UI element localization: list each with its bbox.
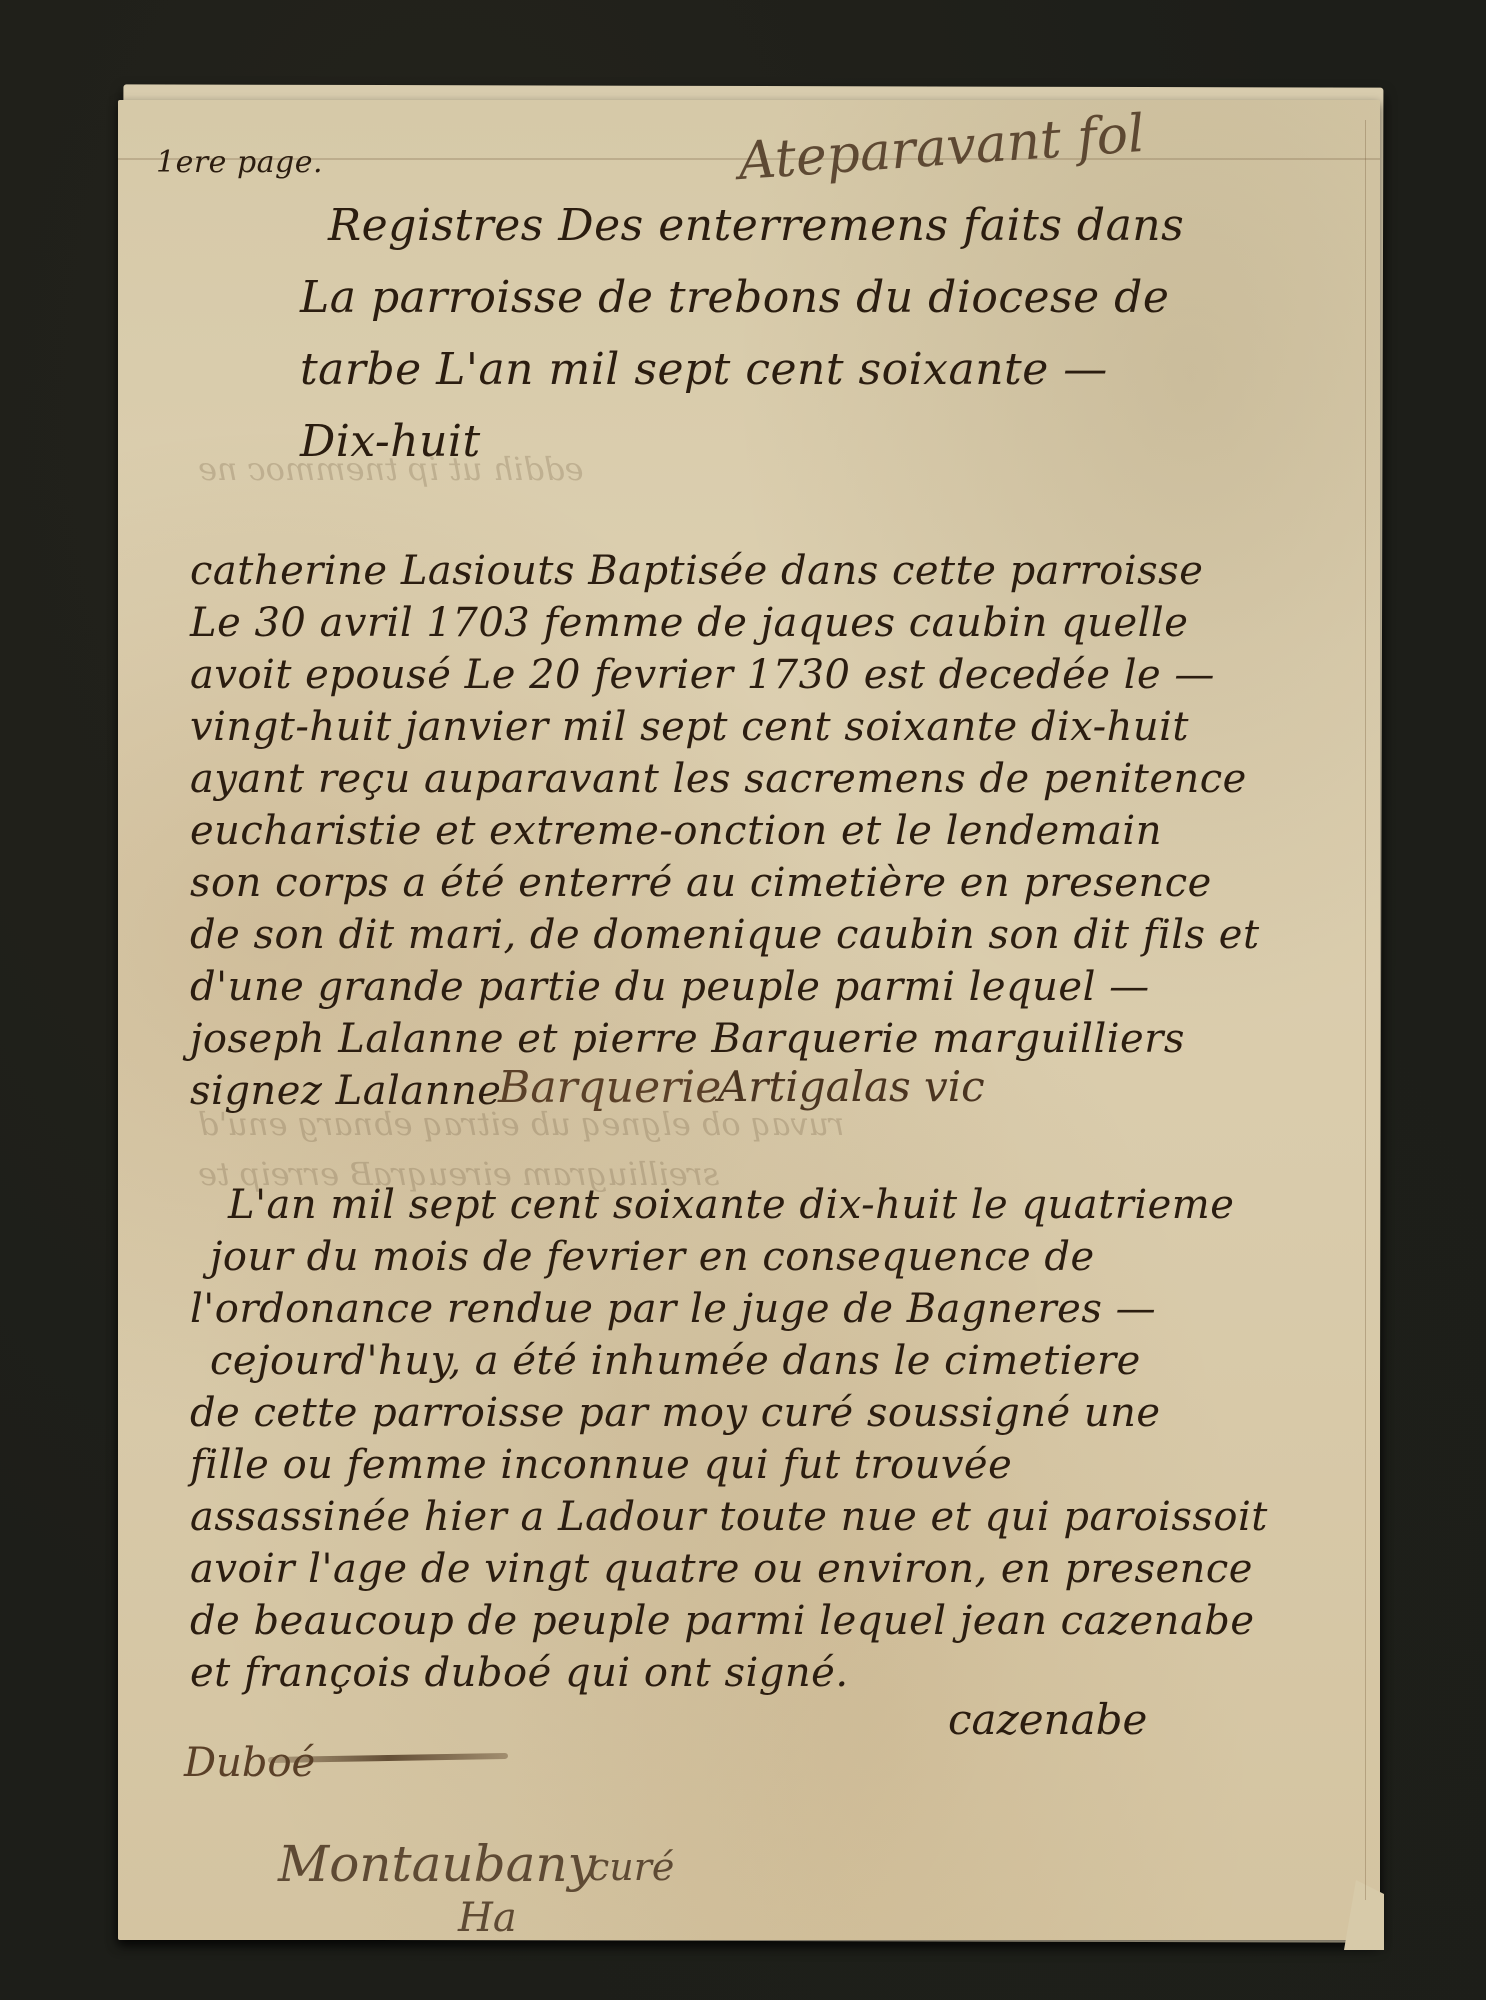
- entry-1-line: catherine Lasiouts Baptisée dans cette p…: [190, 548, 1203, 594]
- entry-2-line: avoir l'age de vingt quatre ou environ, …: [190, 1546, 1253, 1592]
- paraph: Ha: [458, 1895, 517, 1941]
- entry-1-line: joseph Lalanne et pierre Barquerie margu…: [190, 1016, 1185, 1062]
- entry-2-line: de cette parroisse par moy curé soussign…: [190, 1390, 1161, 1436]
- heading-line-3: tarbe L'an mil sept cent soixante —: [300, 344, 1108, 395]
- entry-1-line: signez Lalanne: [190, 1068, 501, 1114]
- heading-line-2: La parroisse de trebons du diocese de: [300, 272, 1169, 323]
- marginal-annotation: Ateparavant fol: [736, 104, 1146, 192]
- entry-1-line: d'une grande partie du peuple parmi lequ…: [190, 964, 1150, 1010]
- entry-2-line: assassinée hier a Ladour toute nue et qu…: [190, 1494, 1268, 1540]
- entry-2-line: fille ou femme inconnue qui fut trouvée: [190, 1442, 1012, 1488]
- entry-1-line: de son dit mari, de domenique caubin son…: [190, 912, 1260, 958]
- entry-2-line: L'an mil sept cent soixante dix-huit le …: [228, 1182, 1234, 1228]
- entry-2-line: et françois duboé qui ont signé.: [190, 1650, 849, 1696]
- entry-1-line: eucharistie et extreme-onction et le len…: [190, 808, 1162, 854]
- signature-montaubany: Montaubany: [278, 1835, 596, 1893]
- signature-artigalas: Artigalas vic: [718, 1062, 985, 1111]
- entry-1-line: avoit epousé Le 20 fevrier 1730 est dece…: [190, 652, 1215, 698]
- signature-cazenabe: cazenabe: [948, 1695, 1147, 1744]
- entry-2-line: de beaucoup de peuple parmi lequel jean …: [190, 1598, 1255, 1644]
- heading-line-1: Registres Des enterremens faits dans: [328, 200, 1184, 251]
- entry-1-line: ayant reçu auparavant les sacremens de p…: [190, 756, 1247, 802]
- entry-2-line: cejourd'huy, a été inhumée dans le cimet…: [210, 1338, 1141, 1384]
- entry-1-line: vingt-huit janvier mil sept cent soixant…: [190, 704, 1189, 750]
- entry-2-line: jour du mois de fevrier en consequence d…: [210, 1234, 1095, 1280]
- entry-1-line: son corps a été enterré au cimetière en …: [190, 860, 1212, 906]
- heading-line-4: Dix-huit: [300, 416, 481, 467]
- folded-page-corner: [1344, 1880, 1384, 1950]
- page-reference: 1ere page.: [156, 145, 323, 180]
- entry-1-line: Le 30 avril 1703 femme de jaques caubin …: [190, 600, 1188, 646]
- manuscript-page: ruvaq ob elgneq ub eitraq ebnarg enu'd s…: [118, 100, 1380, 1940]
- cure-title: curé: [588, 1845, 674, 1889]
- signature-barquerie: Barquerie: [498, 1062, 721, 1113]
- signature-duboe: Duboé: [184, 1740, 315, 1786]
- entry-2-line: l'ordonance rendue par le juge de Bagner…: [190, 1286, 1156, 1332]
